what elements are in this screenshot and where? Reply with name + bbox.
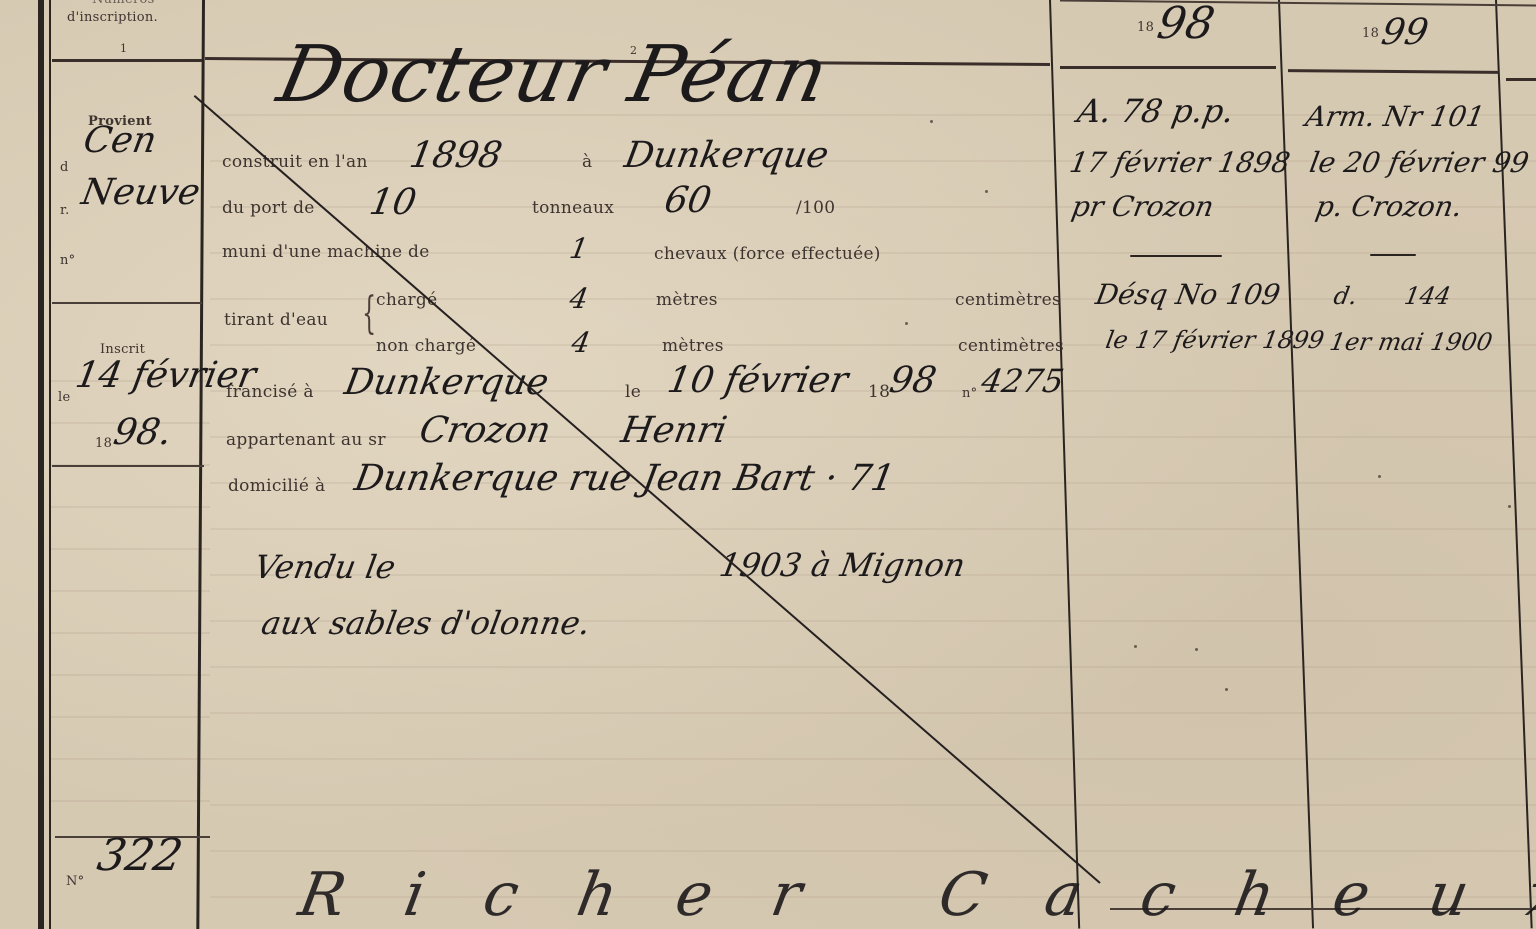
tirant-label: tirant d'eau (224, 310, 328, 330)
metres-label-2: mètres (662, 336, 724, 356)
chevaux-label: chevaux (force effectuée) (654, 244, 881, 264)
tonneaux-label: tonneaux (532, 198, 614, 218)
left-rule-2 (52, 465, 204, 467)
year-1898-prefix: 18 (1137, 20, 1154, 35)
header-numeros: Numéros (92, 0, 155, 7)
paper-speck (905, 322, 908, 325)
francise-le-label: le (625, 382, 641, 402)
tonneaux-value: 60 (661, 180, 714, 221)
paper-speck (1508, 505, 1511, 508)
top-rule-years (1060, 0, 1536, 6)
domicile-value: Dunkerque rue Jean Bart · 71 (351, 458, 897, 499)
note-sold-buyer: 1903 à Mignon (717, 546, 969, 584)
francise-no-label: n° (962, 386, 977, 401)
ship-name: Docteur Péan (270, 30, 836, 120)
inscrit-year-suffix: 98. (110, 412, 174, 453)
centimetres-label-2: centimètres (958, 336, 1064, 356)
machine-label: muni d'une machine de (222, 242, 430, 262)
year-1898-line-1: A. 78 p.p. (1075, 92, 1237, 130)
owner-name: Crozon Henri (416, 410, 730, 451)
francise-place: Dunkerque (341, 362, 551, 403)
year-1899-line-4: d. 144 (1332, 282, 1453, 310)
year-1898-line-5: le 17 février 1899 (1104, 326, 1327, 354)
domicile-label: domicilié à (228, 476, 325, 496)
provient-value-2: Neuve (78, 172, 203, 213)
header-inscription: d'inscription. (67, 10, 158, 25)
metres-label-1: mètres (656, 290, 718, 310)
provient-r-prefix: r. (60, 203, 70, 218)
year-1899-line-5: 1er mai 1900 (1328, 328, 1495, 356)
paper-speck (1225, 688, 1228, 691)
year-1898-separator (1130, 255, 1222, 257)
year-1899-separator (1370, 254, 1416, 256)
inscrit-year-prefix: 18 (95, 436, 112, 451)
paper-speck (930, 120, 933, 123)
francise-label: francisé à (226, 382, 314, 402)
register-number: 322 (94, 830, 187, 881)
left-inner-border (49, 0, 51, 929)
year-1899-suffix: 99 (1378, 12, 1431, 53)
paper-speck (1378, 475, 1381, 478)
tonneaux-fraction: /100 (796, 198, 835, 218)
provient-n-prefix: n° (60, 253, 75, 268)
centimetres-label-1: centimètres (955, 290, 1061, 310)
appartenant-label: appartenant au sr (226, 430, 386, 450)
year-1898-suffix: 98 (1154, 0, 1219, 49)
provient-d-prefix: d (60, 160, 69, 175)
year-1899-line-2: le 20 février 99 (1307, 146, 1531, 179)
header-rule-next (1506, 78, 1536, 81)
paper-speck (1195, 648, 1198, 651)
year-1898-line-3: pr Crozon (1069, 190, 1216, 223)
year-1898-line-4: Désq No 109 (1093, 278, 1283, 311)
paper-speck (1134, 645, 1137, 648)
port-value: 10 (366, 182, 419, 223)
column-number-1: 1 (120, 42, 127, 55)
construit-place: Dunkerque (621, 135, 831, 176)
paper-speck (985, 190, 988, 193)
port-label: du port de (222, 198, 315, 218)
header-rule-1898 (1060, 66, 1276, 69)
non-charge-label: non chargé (376, 336, 476, 356)
number-label: N° (66, 874, 84, 889)
year-1899-line-1: Arm. Nr 101 (1303, 100, 1487, 133)
register-page: Numéros d'inscription. 1 Provient d Cen … (0, 0, 1536, 929)
francise-no-value: 4275 (979, 362, 1067, 400)
header-rule-left (52, 59, 202, 62)
left-margin-border (38, 0, 44, 929)
note-sold-location: aux sables d'olonne. (259, 604, 594, 642)
francise-year-suffix: 98 (886, 360, 939, 401)
construit-a-label: à (582, 152, 592, 172)
year-1898-line-2: 17 février 1898 (1067, 146, 1293, 179)
inscrit-le-prefix: le (58, 390, 70, 405)
brace: { (362, 292, 376, 336)
construit-label: construit en l'an (222, 152, 368, 172)
provient-value-1: Cen (80, 120, 159, 161)
construit-year: 1898 (406, 135, 505, 176)
francise-date: 10 février (664, 360, 851, 401)
year-1899-line-3: p. Crozon. (1313, 190, 1465, 223)
year-1899-prefix: 18 (1362, 26, 1379, 41)
bottom-signature: Richer Cacheux (294, 860, 1536, 929)
left-rule-1 (52, 302, 202, 304)
note-sold: Vendu le (252, 548, 399, 586)
